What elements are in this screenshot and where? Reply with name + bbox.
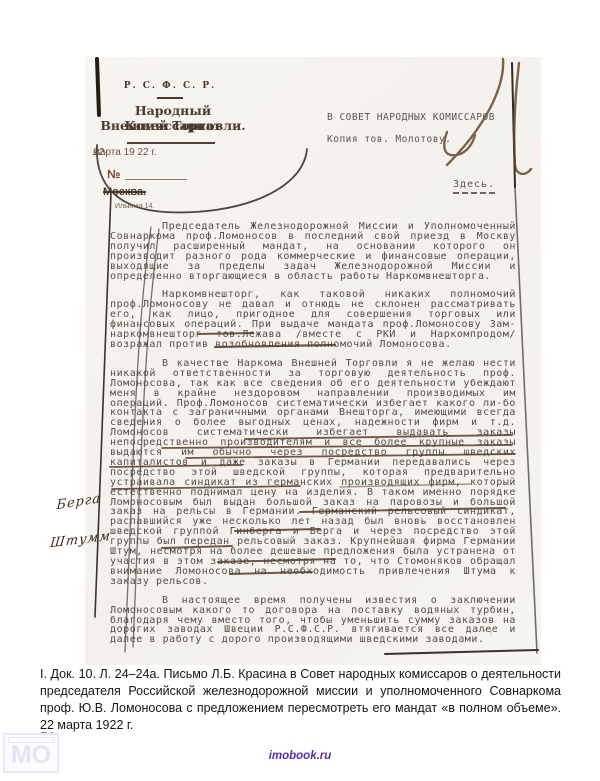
document-caption: I. Док. 10. Л. 24–24а. Письмо Л.Б. Краси… xyxy=(40,666,561,734)
copy-recipient-line: Копия тов. Молотову. xyxy=(327,134,527,145)
recipient-line: В СОВЕТ НАРОДНЫХ КОМИССАРОВ xyxy=(327,112,547,123)
letterhead-number-blank xyxy=(125,179,187,180)
letterhead-street: Ильинка 14. xyxy=(115,203,154,210)
site-link-row: imobook.ru xyxy=(0,750,600,762)
site-link[interactable]: imobook.ru xyxy=(269,750,332,762)
letterhead-divider xyxy=(157,97,183,99)
letter-paragraph-4: В настоящее время получены известия о за… xyxy=(110,596,516,646)
date-printed: марта 19 22 г. xyxy=(93,147,157,158)
recipient-location: Здесь. xyxy=(453,179,495,194)
letterhead-country: Р. С. Ф. С. Р. xyxy=(115,81,225,91)
letterhead-divider-2 xyxy=(127,142,215,144)
letter-paragraph-2: Наркомвнешторг, как таковой никаких полн… xyxy=(110,290,516,349)
letterhead-org-line2: Внешней Торговли. xyxy=(93,118,253,133)
letter-paragraph-3: В качестве Наркома Внешней Торговли я не… xyxy=(110,359,516,587)
letter-body: Председатель Железнодорожной Миссии и Уп… xyxy=(110,222,516,654)
letter-paragraph-1: Председатель Железнодорожной Миссии и Уп… xyxy=(110,222,516,281)
page-root: { "scan": { "letterhead": { "country": "… xyxy=(0,0,600,781)
letterhead-city-struck: Москва. xyxy=(103,186,146,198)
letterhead-number-label: № xyxy=(107,167,120,181)
document-scan: Р. С. Ф. С. Р. Народный Комиссариат Внеш… xyxy=(85,57,541,665)
